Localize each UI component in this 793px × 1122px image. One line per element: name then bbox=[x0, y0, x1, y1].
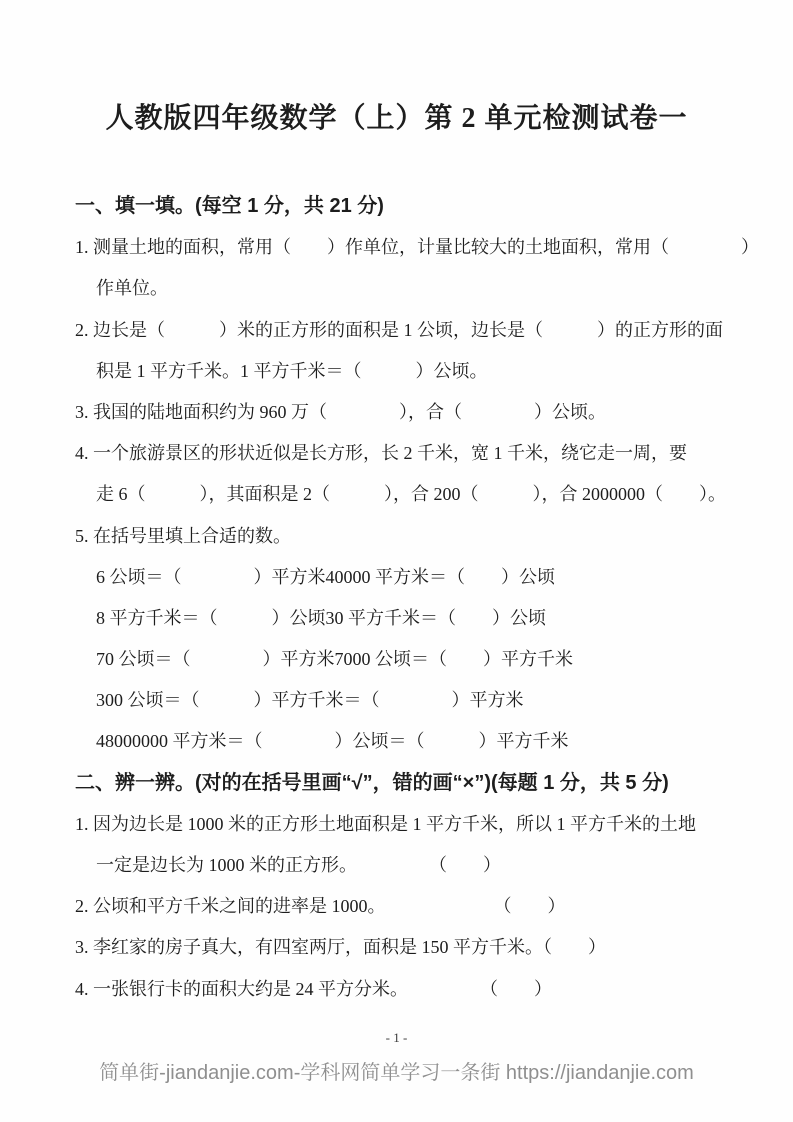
page-title: 人教版四年级数学（上）第 2 单元检测试卷一 bbox=[0, 96, 793, 136]
s1-q4-line1: 4. 一个旅游景区的形状近似是长方形，长 2 千米，宽 1 千米，绕它走一周，要 bbox=[75, 433, 755, 474]
conversion-left: 6 公顷＝（ ）平方米 bbox=[96, 557, 326, 598]
conversion-left: 70 公顷＝（ ）平方米 bbox=[96, 639, 335, 680]
conversion-right: 30 平方千米＝（ ）公顷 bbox=[326, 608, 547, 628]
s1-q5-conversion-row: 6 公顷＝（ ）平方米40000 平方米＝（ ）公顷 bbox=[75, 557, 755, 598]
s1-q1-line1: 1. 测量土地的面积，常用（ ）作单位，计量比较大的土地面积，常用（ ） bbox=[75, 227, 755, 268]
s1-q5-conversion-row: 48000000 平方米＝（ ）公顷＝（ ）平方千米 bbox=[75, 721, 755, 762]
paper-content: 一、填一填。(每空 1 分，共 21 分) 1. 测量土地的面积，常用（ ）作单… bbox=[75, 186, 755, 1010]
s2-q1-line1: 1. 因为边长是 1000 米的正方形土地面积是 1 平方千米，所以 1 平方千… bbox=[75, 804, 755, 845]
s1-q5-conversion-row: 70 公顷＝（ ）平方米7000 公顷＝（ ）平方千米 bbox=[75, 639, 755, 680]
footer-site-text: 简单街-jiandanjie.com-学科网简单学习一条街 https://ji… bbox=[0, 1056, 793, 1085]
section-1-heading: 一、填一填。(每空 1 分，共 21 分) bbox=[75, 186, 755, 227]
s1-q4-line2: 走 6（ ），其面积是 2（ ），合 200（ ），合 2000000（ ）。 bbox=[75, 474, 755, 515]
s2-q4-line: 4. 一张银行卡的面积大约是 24 平方分米。 （ ） bbox=[75, 969, 755, 1010]
s1-q1-line2: 作单位。 bbox=[75, 268, 755, 309]
s2-q2-line: 2. 公顷和平方千米之间的进率是 1000。 （ ） bbox=[75, 886, 755, 927]
s1-q2-line2: 积是 1 平方千米。1 平方千米＝（ ）公顷。 bbox=[75, 351, 755, 392]
s2-q3-line: 3. 李红家的房子真大，有四室两厅，面积是 150 平方千米。（ ） bbox=[75, 927, 755, 968]
s1-q3-line: 3. 我国的陆地面积约为 960 万（ ），合（ ）公顷。 bbox=[75, 392, 755, 433]
conversion-right: 40000 平方米＝（ ）公顷 bbox=[326, 567, 556, 587]
page-number: - 1 - bbox=[0, 1030, 793, 1046]
conversion-left: 8 平方千米＝（ ）公顷 bbox=[96, 598, 326, 639]
s1-q5-line: 5. 在括号里填上合适的数。 bbox=[75, 516, 755, 557]
s1-q5-conversion-row: 8 平方千米＝（ ）公顷30 平方千米＝（ ）公顷 bbox=[75, 598, 755, 639]
s2-q1-line2: 一定是边长为 1000 米的正方形。 （ ） bbox=[75, 845, 755, 886]
s1-q2-line1: 2. 边长是（ ）米的正方形的面积是 1 公顷，边长是（ ）的正方形的面 bbox=[75, 310, 755, 351]
conversion-right: 7000 公顷＝（ ）平方千米 bbox=[335, 649, 574, 669]
section-2-heading: 二、辨一辨。(对的在括号里画“√”，错的画“×”)(每题 1 分，共 5 分) bbox=[75, 763, 755, 804]
s1-q5-conversion-row: 300 公顷＝（ ）平方千米＝（ ）平方米 bbox=[75, 680, 755, 721]
